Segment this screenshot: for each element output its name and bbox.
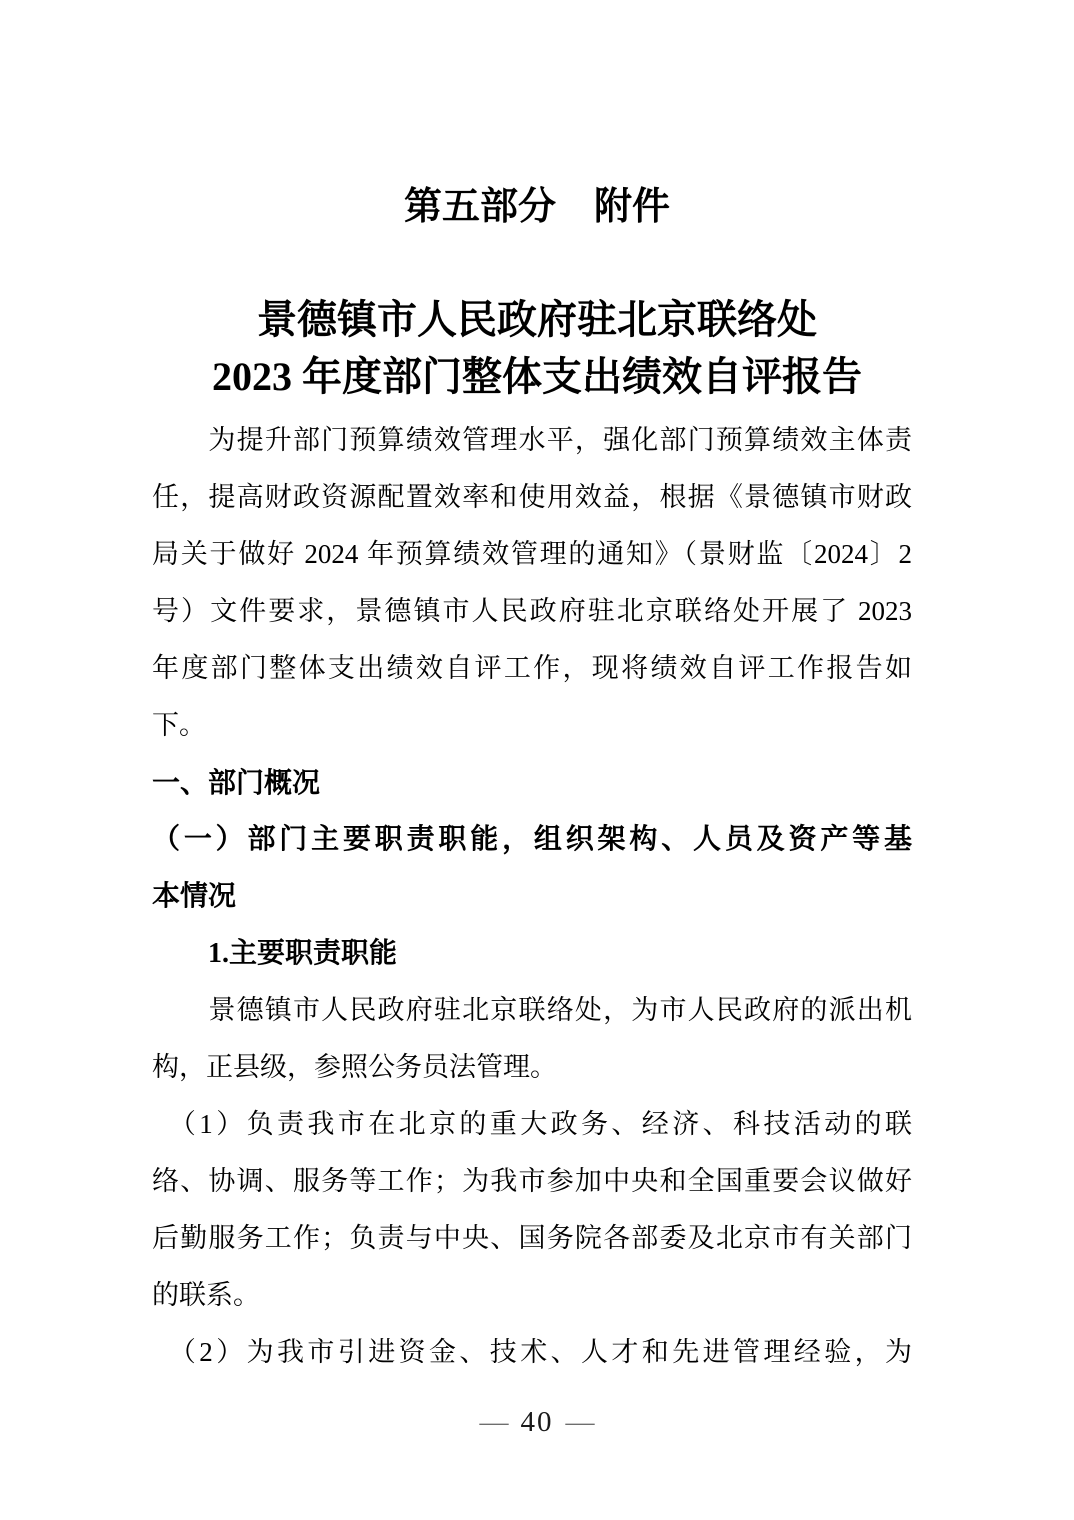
document-line: （1）负责我市在北京的重大政务、经济、科技活动的联: [152, 1096, 912, 1153]
document-line: 局关于做好 2024 年预算绩效管理的通知》（景财监〔2024〕2: [152, 526, 912, 583]
heading-line: 1.主要职责职能: [152, 925, 912, 982]
heading-line: 一、部门概况: [152, 754, 912, 811]
page-number: 40: [521, 1406, 554, 1438]
document-line: 年度部门整体支出绩效自评工作，现将绩效自评工作报告如: [152, 640, 912, 697]
footer-dash-left: —: [480, 1406, 509, 1438]
document-line: 后勤服务工作；负责与中央、国务院各部委及北京市有关部门: [152, 1210, 912, 1267]
document-line: 景德镇市人民政府驻北京联络处，为市人民政府的派出机: [152, 982, 912, 1039]
page-footer: —40—: [0, 1402, 1074, 1442]
section-title: 第五部分 附件: [0, 184, 1074, 230]
document-line: 的联系。: [152, 1267, 912, 1324]
footer-dash-right: —: [566, 1406, 595, 1438]
document-line: 络、协调、服务等工作；为我市参加中央和全国重要会议做好: [152, 1153, 912, 1210]
document-line: 构，正县级，参照公务员法管理。: [152, 1039, 912, 1096]
report-title-line1: 景德镇市人民政府驻北京联络处: [0, 296, 1074, 344]
document-line: 号）文件要求，景德镇市人民政府驻北京联络处开展了 2023: [152, 583, 912, 640]
document-line: 任，提高财政资源配置效率和使用效益，根据《景德镇市财政: [152, 469, 912, 526]
document-line: （2）为我市引进资金、技术、人才和先进管理经验，为: [152, 1324, 912, 1381]
document-page: 第五部分 附件 景德镇市人民政府驻北京联络处 2023 年度部门整体支出绩效自评…: [0, 0, 1074, 1520]
document-body: 为提升部门预算绩效管理水平，强化部门预算绩效主体责任，提高财政资源配置效率和使用…: [152, 412, 912, 1381]
report-title-line2: 2023 年度部门整体支出绩效自评报告: [0, 353, 1074, 401]
document-line: 下。: [152, 697, 912, 754]
heading-line: （一）部门主要职责职能，组织架构、人员及资产等基: [152, 811, 912, 868]
document-line: 为提升部门预算绩效管理水平，强化部门预算绩效主体责: [152, 412, 912, 469]
heading-line: 本情况: [152, 868, 912, 925]
